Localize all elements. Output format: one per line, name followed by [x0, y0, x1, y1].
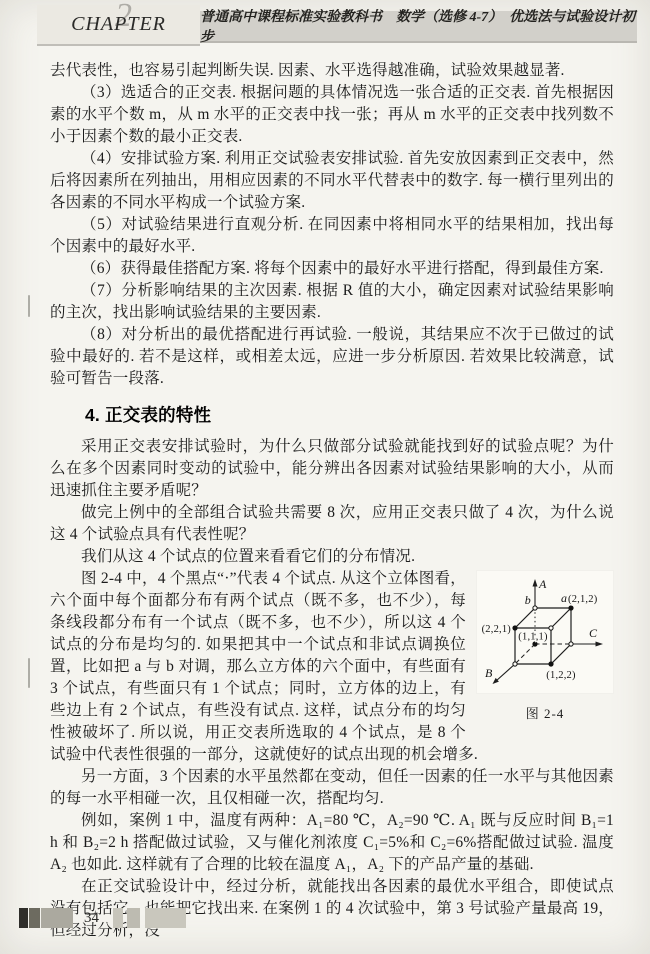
coord-origin-label: (1,1,1) — [518, 632, 548, 643]
body-paragraph: 去代表性，也容易引起判断失误. 因素、水平选得越准确，试验效果越显著. — [50, 60, 614, 82]
body-paragraph: （3）选适合的正交表. 根据问题的具体情况选一张合适的正交表. 首先根据因素的水… — [50, 82, 614, 148]
page-footer: 34 — [19, 908, 186, 928]
vertex-a-label: a — [561, 591, 567, 605]
test-point-dot — [568, 605, 573, 610]
axis-b-label: B — [485, 666, 493, 680]
vertex-a-coords-label: (2,1,2) — [568, 594, 598, 605]
test-point-dot — [512, 625, 517, 630]
body-paragraph: （6）获得最佳搭配方案. 将每个因素中的最好水平进行搭配，得到最佳方案. — [50, 258, 614, 280]
page-number: 34 — [84, 910, 99, 927]
coord-bottom-label: (1,2,2) — [546, 670, 576, 681]
page-container: 2 CHAPTER 普通高中课程标准实验教科书 数学（选修 4-7） 优选法与试… — [0, 0, 650, 954]
body-paragraph: 采用正交表安排试验时，为什么只做部分试验就能找到好的试验点呢？为什么在多个因素同… — [50, 436, 614, 502]
body-paragraph: （8）对分析出的最优搭配进行再试验. 一般说，其结果应不次于已做过的试验中最好的… — [50, 324, 614, 390]
test-point-dot — [548, 661, 553, 666]
axis-a-label: A — [538, 577, 547, 591]
figure-caption: 图 2-4 — [476, 703, 614, 725]
chapter-label: CHAPTER — [71, 13, 166, 36]
axis-a-arrowhead — [533, 579, 538, 587]
footer-bar — [127, 908, 140, 928]
hidden-edge-diagonal — [515, 644, 535, 664]
footer-bar — [113, 908, 123, 928]
vertex-dot — [533, 606, 537, 610]
vertex-dot — [549, 626, 553, 630]
figure-box: A C B b a (2,1,2) (2,2,1) (1,1,1) (1,2,2… — [476, 570, 614, 694]
body-paragraph: （5）对试验结果进行直观分析. 在同因素中将相同水平的结果相加，找出每个因素中的… — [50, 214, 614, 258]
body-paragraph: （4）安排试验方案. 利用正交试验表安排试验. 首先安放因素到正交表中，然后将因… — [50, 148, 614, 214]
page-header: 2 CHAPTER 普通高中课程标准实验教科书 数学（选修 4-7） 优选法与试… — [37, 5, 637, 46]
body-paragraph: 我们从这 4 个试点的位置来看看它们的分布情况. — [50, 546, 614, 568]
scan-artifact — [28, 295, 30, 317]
body-paragraph: 另一方面，3 个因素的水平虽然都在变动，但任一因素的任一水平与其他因素的每一水平… — [50, 766, 614, 810]
axis-c-label: C — [589, 626, 598, 640]
footer-bar — [29, 908, 40, 928]
vertex-dot — [569, 642, 573, 646]
scan-artifact — [28, 658, 30, 688]
footer-bar — [145, 908, 186, 928]
section-heading: 4. 正交表的特性 — [50, 403, 614, 427]
book-title: 普通高中课程标准实验教科书 数学（选修 4-7） 优选法与试验设计初步 — [200, 11, 637, 43]
vertex-b-label: b — [525, 593, 531, 607]
axis-b-line — [496, 664, 515, 681]
body-paragraph: （7）分析影响结果的主次因素. 根据 R 值的大小，确定因素对试验结果影响的主次… — [50, 280, 614, 324]
axis-c-arrowhead — [596, 642, 604, 647]
chapter-box: 2 CHAPTER — [37, 5, 200, 46]
body-paragraph: 例如，案例 1 中，温度有两种：A₁=80 ℃，A₂=90 ℃. A₁ 既与反应… — [50, 810, 614, 876]
vertex-dot — [513, 662, 517, 666]
body-content: 去代表性，也容易引起判断失误. 因素、水平选得越准确，试验效果越显著. （3）选… — [50, 60, 614, 942]
body-paragraph: 做完上例中的全部组合试验共需要 8 次，应用正交表只做了 4 次，为什么说这 4… — [50, 502, 614, 546]
footer-bar — [19, 908, 28, 928]
coord-left-label: (2,2,1) — [482, 624, 512, 635]
cube-figure: A C B b a (2,1,2) (2,2,1) (1,1,1) (1,2,2… — [476, 570, 614, 725]
footer-bar — [41, 908, 73, 928]
cube-diagram: A C B b a (2,1,2) (2,2,1) (1,1,1) (1,2,2… — [477, 571, 613, 693]
